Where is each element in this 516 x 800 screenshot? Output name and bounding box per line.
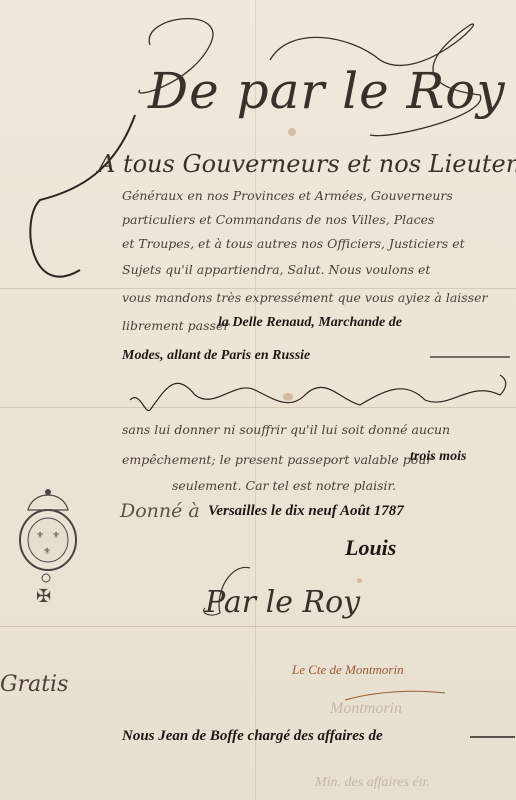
faint-bottom-text: Min. des affaires étr. [315, 775, 430, 791]
body-line: et Troupes, et à tous autres nos Officie… [122, 236, 465, 251]
body-line: vous mandons très expressément que vous … [122, 290, 487, 305]
address-line: A tous Gouverneurs et nos Lieutenans [98, 150, 516, 178]
body-line: seulement. Car tel est notre plaisir. [172, 478, 396, 493]
given-place-date: Versailles le dix neuf Août 1787 [208, 503, 404, 520]
document-heading: De par le Roy [148, 62, 506, 120]
given-label: Donné à [120, 500, 200, 522]
handwritten-insert: Modes, allant de Paris en Russie [122, 348, 310, 364]
body-line: sans lui donner ni souffrir qu'il lui so… [122, 422, 450, 437]
body-line: librement passer [122, 318, 229, 333]
body-line: particuliers et Commandans de nos Villes… [122, 212, 434, 227]
king-signature: Louis [345, 535, 396, 561]
wavy-line-filler [115, 370, 515, 415]
svg-text:⚜: ⚜ [52, 531, 60, 541]
minister-signature: Le Cte de Montmorin [292, 662, 404, 678]
brown-flourish [340, 688, 450, 704]
svg-text:⚜: ⚜ [43, 547, 51, 557]
line-filler [470, 735, 515, 739]
validity-insert: trois mois [410, 449, 466, 465]
svg-text:✠: ✠ [36, 586, 51, 605]
line-filler [430, 355, 510, 359]
countersign-heading: Par le Roy [205, 585, 360, 620]
svg-text:⚜: ⚜ [36, 531, 44, 541]
initial-a-flourish [20, 110, 150, 310]
closing-line: Nous Jean de Boffe chargé des affaires d… [122, 728, 383, 745]
royal-seal-icon: ⚜ ⚜ ⚜ ✠ [8, 480, 88, 605]
stain [357, 578, 362, 583]
body-line: empêchement; le present passeport valabl… [122, 452, 432, 467]
body-line: Sujets qu'il appartiendra, Salut. Nous v… [122, 262, 430, 277]
fold-line [0, 626, 516, 627]
handwritten-insert: la Delle Renaud, Marchande de [218, 315, 402, 331]
passport-document: De par le Roy A tous Gouverneurs et nos … [0, 0, 516, 800]
gratis-label: Gratis [0, 672, 68, 697]
body-line: Généraux en nos Provinces et Armées, Gou… [122, 188, 453, 203]
